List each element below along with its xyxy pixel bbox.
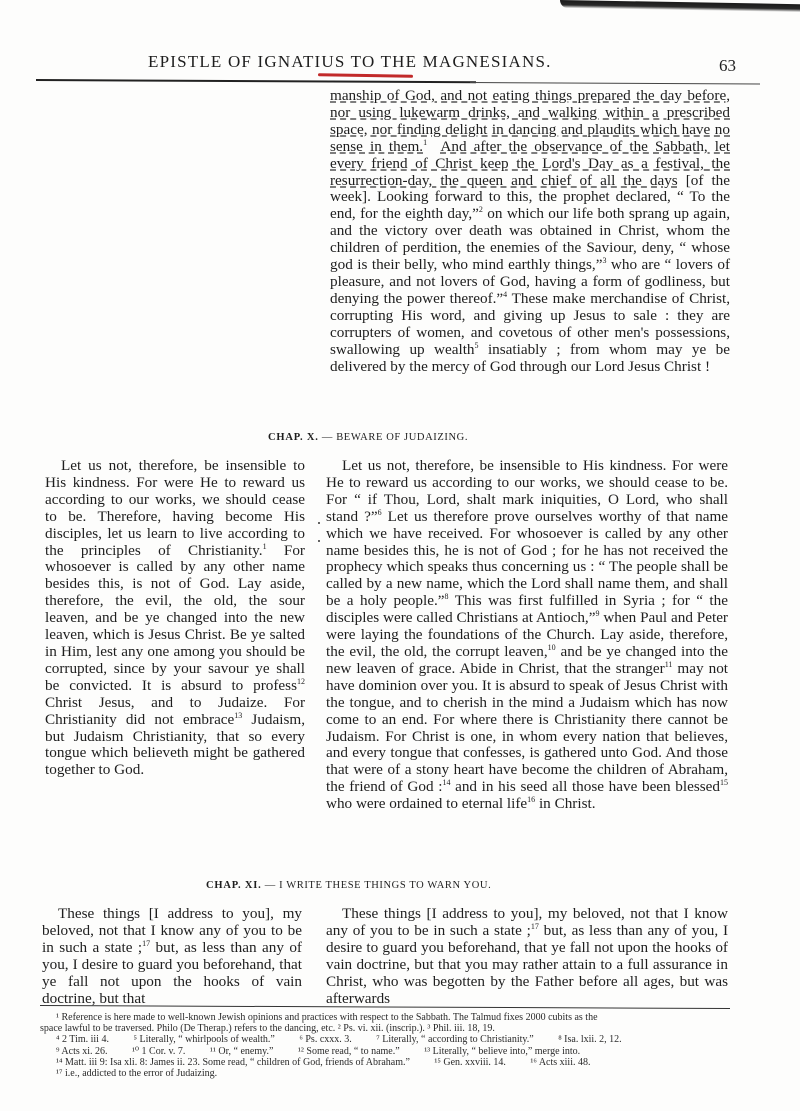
chapter-xi-heading: CHAP. XI. — I WRITE THESE THINGS TO WARN… (206, 880, 491, 891)
scan-speck (318, 540, 320, 542)
footnote-6: ⁶ Ps. cxxx. 3. (299, 1034, 351, 1045)
footnote-ref[interactable]: 12 (297, 677, 305, 686)
footnote-ref[interactable]: 1 (423, 138, 427, 147)
footnote-ref[interactable]: 15 (720, 778, 728, 787)
footnote-ref[interactable]: 17 (142, 939, 150, 948)
footnote-ref[interactable]: 10 (548, 643, 556, 652)
footnote-17: ¹⁷ i.e., addicted to the error of Judaiz… (40, 1068, 740, 1079)
footnote-8: ⁸ Isa. lxii. 2, 12. (558, 1034, 621, 1045)
footnote-ref[interactable]: 16 (527, 795, 535, 804)
footnote-5: ⁵ Literally, “ whirlpools of wealth.” (133, 1034, 274, 1045)
chapter-xi-longer-recension: These things [I address to you], my belo… (326, 906, 728, 1007)
chapter-title: — I WRITE THESE THINGS TO WARN YOU. (265, 880, 492, 891)
footnote-12: ¹² Some read, “ to name.” (298, 1046, 400, 1057)
footnote-15: ¹⁵ Gen. xxviii. 14. (434, 1057, 505, 1068)
footnote-10: ¹⁰ 1 Cor. v. 7. (132, 1046, 185, 1057)
scan-edge-shadow (560, 0, 800, 13)
footnote-16: ¹⁶ Acts xiii. 48. (530, 1057, 590, 1068)
continuation-paragraph: manship of God, and not eating things pr… (330, 88, 730, 375)
footnote-4: ⁴ 2 Tim. iii 4. (56, 1034, 109, 1045)
chapter-x-longer-recension: Let us not, therefore, be insensible to … (326, 458, 728, 813)
footnote-14: ¹⁴ Matt. iii 9: Isa xli. 8: James ii. 23… (56, 1057, 410, 1068)
chapter-title: — BEWARE OF JUDAIZING. (322, 432, 468, 443)
footnote-line: ⁹ Acts xi. 26. ¹⁰ 1 Cor. v. 7. ¹¹ Or, “ … (40, 1046, 740, 1057)
footnote-13: ¹³ Literally, “ believe into,” merge int… (424, 1046, 580, 1057)
chapter-number: CHAP. X. (268, 432, 319, 443)
footnote-line: space lawful to be traversed. Philo (De … (40, 1023, 740, 1034)
footnote-line: ⁴ 2 Tim. iii 4. ⁵ Literally, “ whirlpool… (40, 1034, 740, 1045)
footnote-9: ⁹ Acts xi. 26. (56, 1046, 108, 1057)
footnote-11: ¹¹ Or, “ enemy.” (210, 1046, 274, 1057)
running-head: EPISTLE OF IGNATIUS TO THE MAGNESIANS. 6… (36, 46, 736, 82)
footnote-line: ¹ Reference is here made to well-known J… (40, 1012, 740, 1023)
chapter-number: CHAP. XI. (206, 880, 262, 891)
footnote-line: ¹⁴ Matt. iii 9: Isa xli. 8: James ii. 23… (40, 1057, 740, 1068)
chapter-xi-shorter-recension: These things [I address to you], my belo… (42, 906, 302, 1007)
running-title: EPISTLE OF IGNATIUS TO THE MAGNESIANS. (148, 52, 552, 72)
header-rule-right (470, 82, 760, 85)
footnotes: ¹ Reference is here made to well-known J… (40, 1012, 740, 1079)
red-pen-underline (318, 73, 413, 78)
chapter-x-heading: CHAP. X. — BEWARE OF JUDAIZING. (268, 432, 468, 443)
footnote-7: ⁷ Literally, “ according to Christianity… (376, 1034, 533, 1045)
chapter-x-shorter-recension: Let us not, therefore, be insensible to … (45, 458, 305, 779)
page-number: 63 (719, 56, 736, 76)
scan-speck (318, 522, 320, 524)
footnote-ref[interactable]: 17 (531, 922, 539, 931)
